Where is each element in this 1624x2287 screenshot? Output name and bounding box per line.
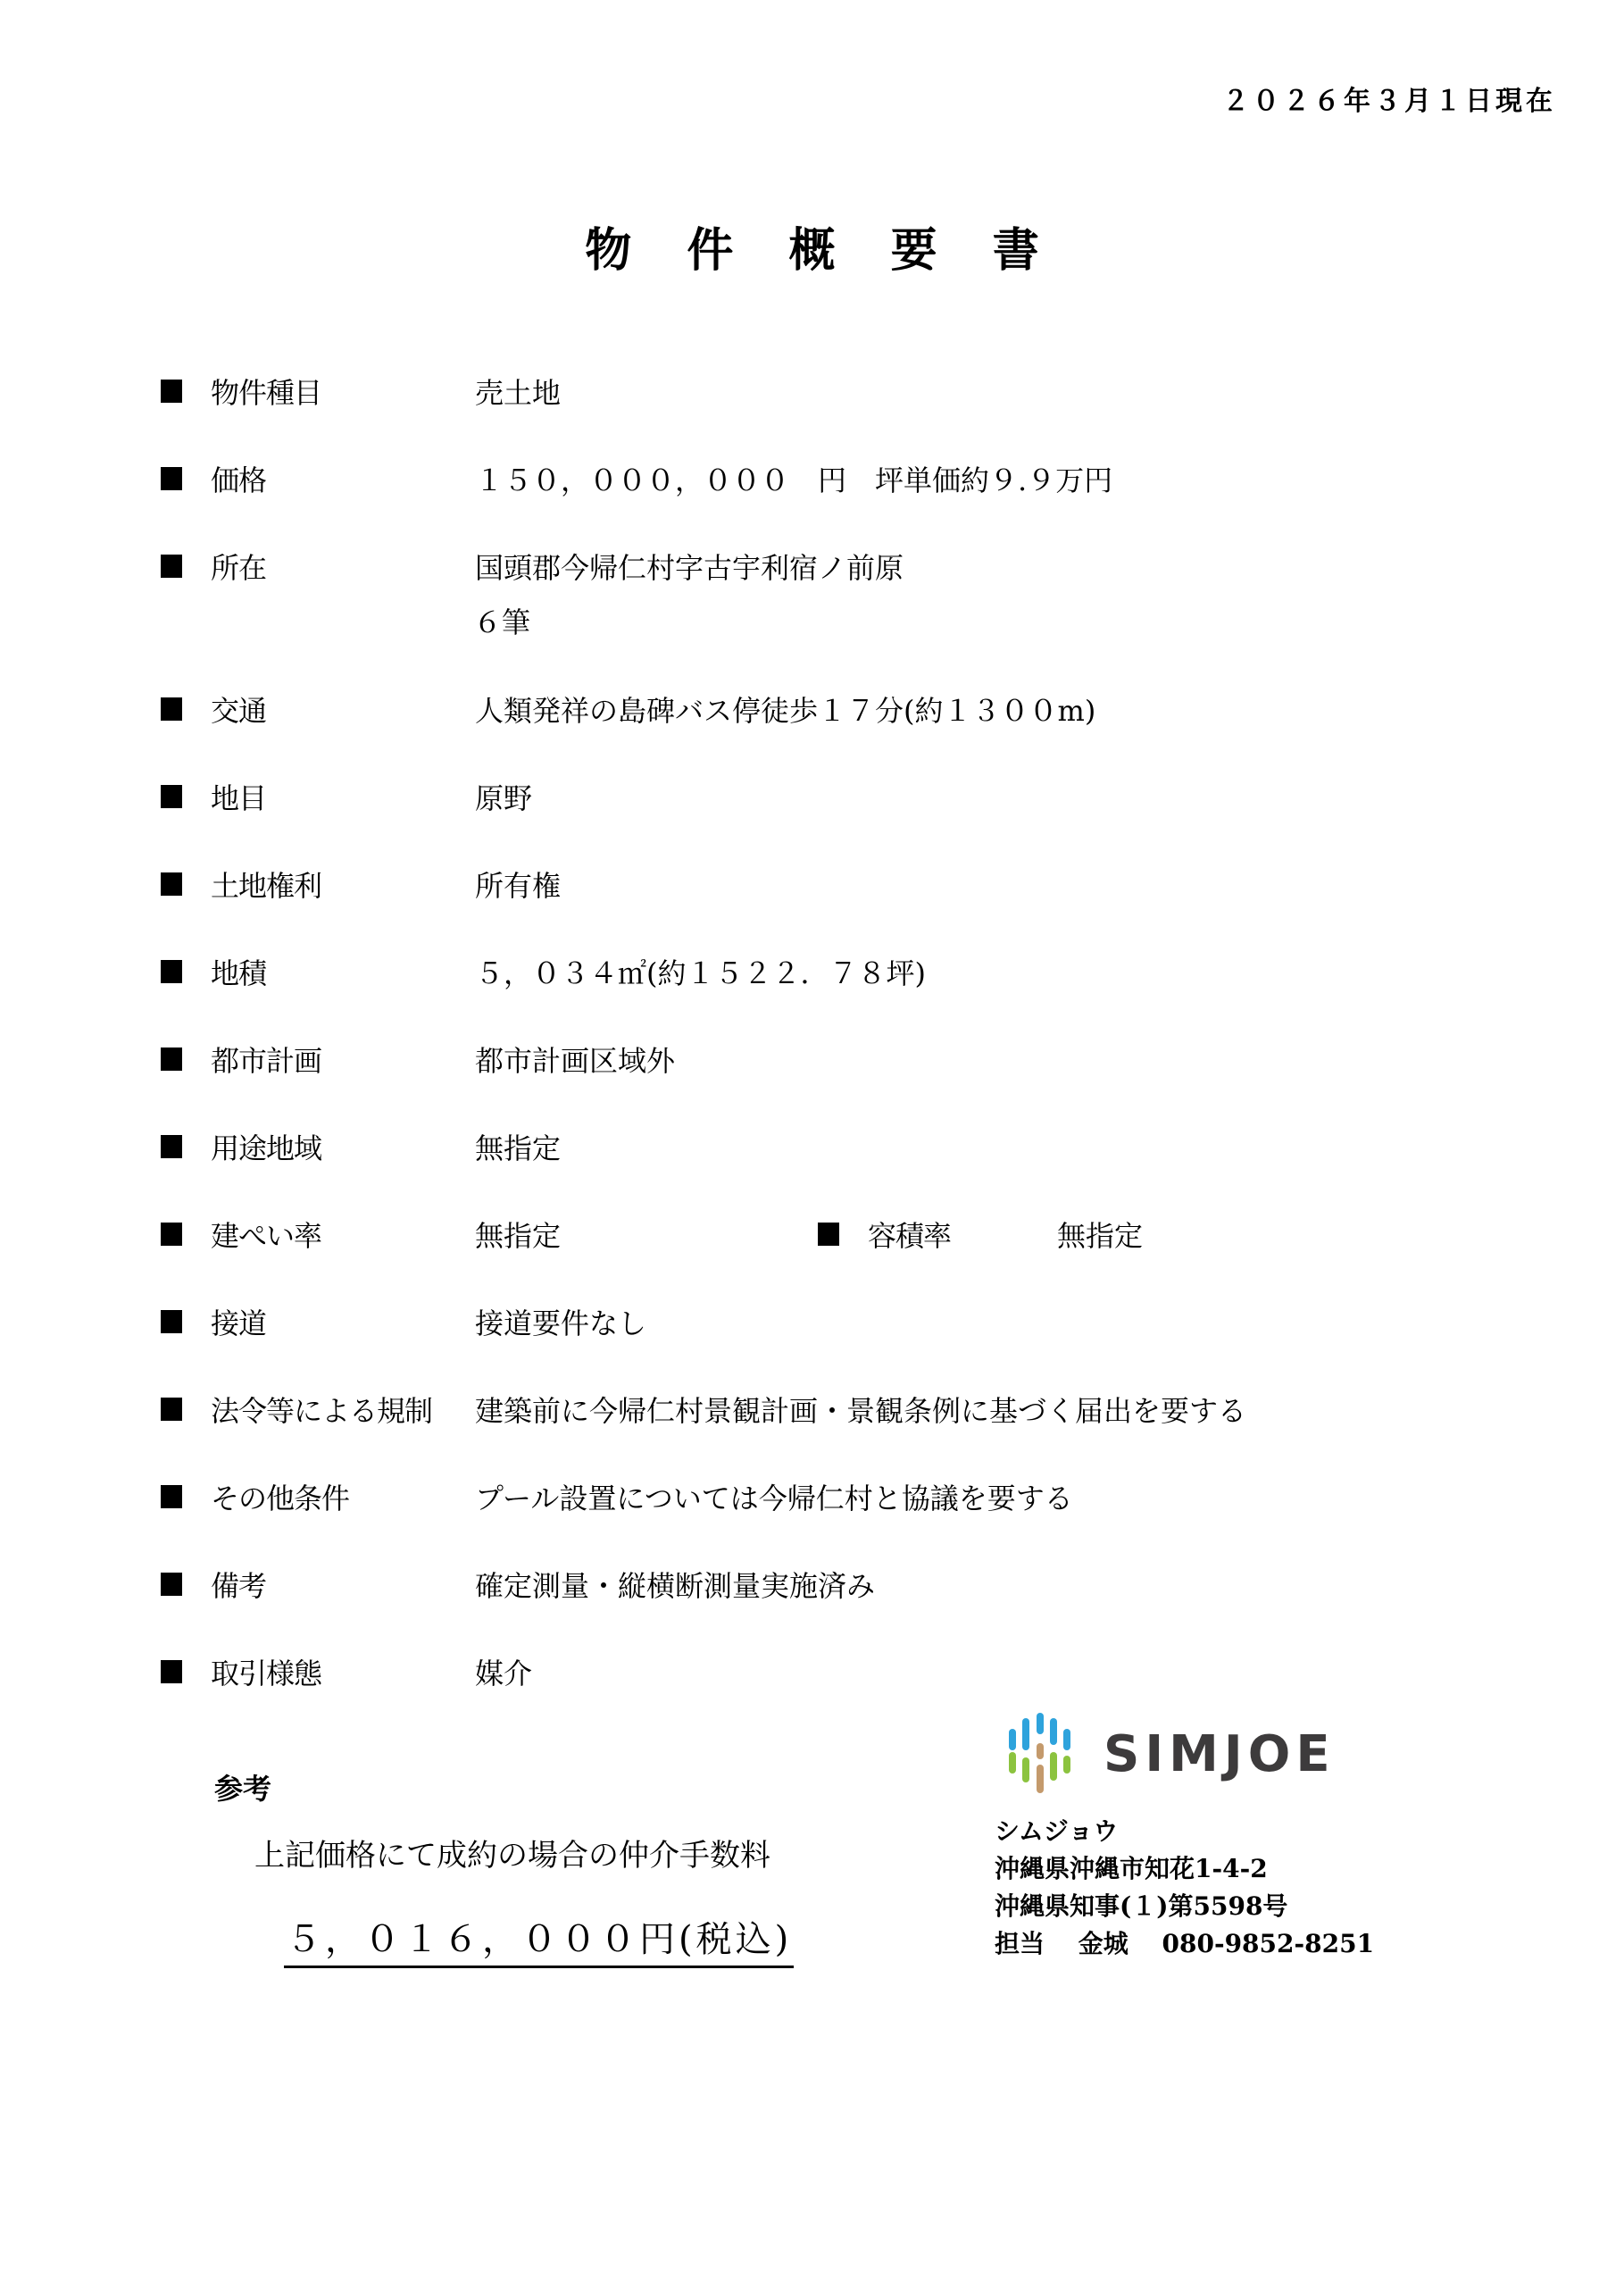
item-value: 国頭郡今帰仁村字古宇利宿ノ前原 [475, 546, 904, 587]
reference-heading: 参考 [214, 1766, 271, 1807]
square-bullet-icon [161, 1485, 182, 1508]
square-bullet-icon [161, 1135, 182, 1158]
item-land-area: 地積 ５，０３４㎡(約１５２２．７８坪) [161, 945, 926, 998]
square-bullet-icon [818, 1223, 839, 1246]
item-road-access: 接道 接道要件なし [161, 1295, 646, 1348]
item-value: 人類発祥の島碑バス停徒歩１７分(約１３００m) [475, 689, 1095, 730]
item-price: 価格 １５０，０００，０００ 円 坪単価約９.９万円 [161, 452, 1112, 505]
item-value: ５，０３４㎡(約１５２２．７８坪) [475, 951, 926, 992]
company-logo: SIMJOE [1007, 1713, 1336, 1795]
logo-wordmark: SIMJOE [1103, 1725, 1336, 1783]
item-label: 建ぺい率 [211, 1214, 475, 1255]
square-bullet-icon [161, 960, 182, 983]
item-label: 所在 [211, 546, 475, 587]
square-bullet-icon [161, 1048, 182, 1071]
item-label: 交通 [211, 689, 475, 730]
item-value: 建築前に今帰仁村景観計画・景観条例に基づく届出を要する [475, 1389, 1246, 1430]
item-label: 地積 [211, 951, 475, 992]
brokerage-fee: ５，０１６，０００円(税込) [284, 1911, 794, 1968]
square-bullet-icon [161, 1573, 182, 1596]
company-address: 沖縄県沖縄市知花1-4-2 [995, 1850, 1374, 1888]
document-title: 物 件 概 要 書 [0, 213, 1624, 280]
item-access: 交通 人類発祥の島碑バス停徒歩１７分(約１３００m) [161, 682, 1095, 736]
item-building-coverage: 建ぺい率 無指定 [161, 1207, 561, 1261]
item-value: 売土地 [475, 371, 561, 412]
company-license: 沖縄県知事(１)第5598号 [995, 1888, 1374, 1925]
item-label: 用途地域 [211, 1126, 475, 1167]
item-label: その他条件 [211, 1476, 475, 1517]
item-remarks: 備考 確定測量・縦横断測量実施済み [161, 1557, 875, 1611]
item-value: 無指定 [475, 1214, 561, 1255]
item-label: 地目 [211, 776, 475, 817]
item-value: 原野 [475, 776, 532, 817]
company-name-kana: シムジョウ [995, 1813, 1374, 1850]
square-bullet-icon [161, 785, 182, 808]
title-char: 概 [788, 213, 835, 280]
company-contact: 担当 金城 080-9852-8251 [995, 1925, 1374, 1963]
item-label: 土地権利 [211, 864, 475, 905]
item-value: １５０，０００，０００ 円 坪単価約９.９万円 [475, 458, 1112, 499]
title-char: 物 [585, 213, 631, 280]
item-location: 所在 国頭郡今帰仁村字古宇利宿ノ前原 [161, 539, 904, 593]
title-char: 件 [687, 213, 733, 280]
item-transaction-type: 取引様態 媒介 [161, 1645, 532, 1699]
simjoe-logo-mark-icon [1007, 1713, 1077, 1795]
item-label: 都市計画 [211, 1039, 475, 1080]
item-value: 接道要件なし [475, 1301, 646, 1342]
item-land-rights: 土地権利 所有権 [161, 857, 561, 911]
reference-description: 上記価格にて成約の場合の仲介手数料 [254, 1831, 770, 1874]
square-bullet-icon [161, 467, 182, 490]
item-city-planning: 都市計画 都市計画区域外 [161, 1032, 675, 1086]
item-label: 法令等による規制 [211, 1389, 475, 1430]
item-property-type: 物件種目 売土地 [161, 364, 561, 418]
item-label: 備考 [211, 1564, 475, 1605]
item-other-conditions: その他条件 プール設置については今帰仁村と協議を要する [161, 1470, 1073, 1523]
as-of-date: ２０２６年３月１日現在 [1222, 79, 1556, 118]
item-floor-area-ratio: 容積率 無指定 [818, 1207, 1143, 1261]
square-bullet-icon [161, 380, 182, 403]
item-value: 都市計画区域外 [475, 1039, 675, 1080]
item-value: プール設置については今帰仁村と協議を要する [475, 1476, 1073, 1517]
title-char: 書 [993, 213, 1039, 280]
item-value: 確定測量・縦横断測量実施済み [475, 1564, 875, 1605]
square-bullet-icon [161, 555, 182, 578]
item-land-category: 地目 原野 [161, 770, 532, 823]
item-value: 媒介 [475, 1651, 532, 1692]
square-bullet-icon [161, 1223, 182, 1246]
item-zoning: 用途地域 無指定 [161, 1120, 561, 1173]
item-label: 物件種目 [211, 371, 475, 412]
item-location-line2: ６筆 [473, 600, 530, 641]
square-bullet-icon [161, 1398, 182, 1421]
item-label: 容積率 [868, 1214, 1057, 1255]
item-value: 所有権 [475, 864, 561, 905]
item-label: 価格 [211, 458, 475, 499]
square-bullet-icon [161, 872, 182, 896]
item-label: 接道 [211, 1301, 475, 1342]
square-bullet-icon [161, 1660, 182, 1683]
company-info: シムジョウ 沖縄県沖縄市知花1-4-2 沖縄県知事(１)第5598号 担当 金城… [995, 1813, 1374, 1963]
item-value: 無指定 [475, 1126, 561, 1167]
square-bullet-icon [161, 697, 182, 721]
title-char: 要 [891, 213, 937, 280]
item-legal-restrictions: 法令等による規制 建築前に今帰仁村景観計画・景観条例に基づく届出を要する [161, 1382, 1246, 1436]
item-value: 無指定 [1057, 1214, 1143, 1255]
square-bullet-icon [161, 1310, 182, 1333]
item-label: 取引様態 [211, 1651, 475, 1692]
